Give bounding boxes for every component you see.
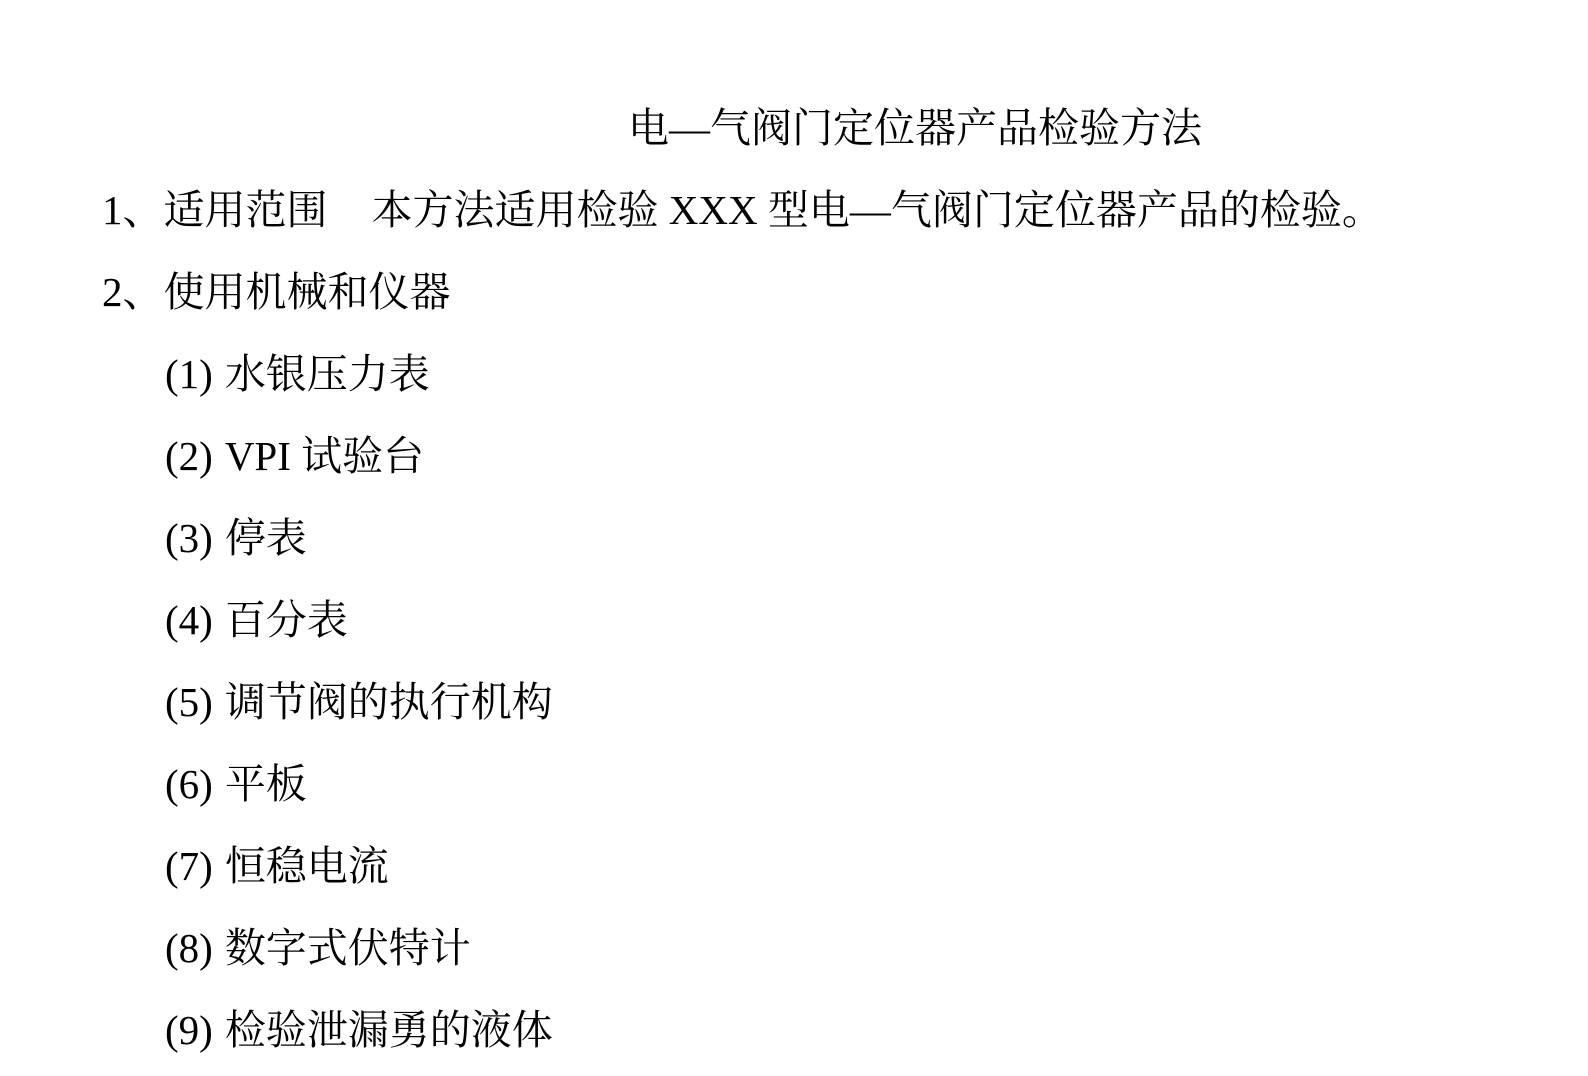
page-title: 电—气阀门定位器产品检验方法 <box>628 87 1588 169</box>
item-index: (2) <box>165 433 213 479</box>
item-index: (4) <box>165 597 213 643</box>
item-index: (8) <box>165 925 213 971</box>
item-index: (9) <box>165 1007 213 1053</box>
item-label: 调节阀的执行机构 <box>225 679 553 725</box>
item-label: 检验泄漏勇的液体 <box>225 1007 553 1053</box>
document-body: 电—气阀门定位器产品检验方法 1、适用范围本方法适用检验 XXX 型电—气阀门定… <box>0 0 1588 1071</box>
section-1-body: 本方法适用检验 XXX 型电—气阀门定位器产品的检验。 <box>372 187 1383 233</box>
item-label: VPI 试验台 <box>225 433 424 479</box>
item-index: (6) <box>165 761 213 807</box>
list-item: (3)停表 <box>165 497 1588 579</box>
item-index: (1) <box>165 351 213 397</box>
page-title-text: 电—气阀门定位器产品检验方法 <box>628 105 1202 151</box>
item-label: 水银压力表 <box>225 351 430 397</box>
list-item: (8)数字式伏特计 <box>165 907 1588 989</box>
section-2-number: 2、 <box>102 269 164 315</box>
section-1-heading: 适用范围 <box>164 187 328 233</box>
list-item: (6)平板 <box>165 743 1588 825</box>
section-2-heading: 使用机械和仪器 <box>164 269 451 315</box>
item-label: 百分表 <box>225 597 348 643</box>
list-item: (1)水银压力表 <box>165 333 1588 415</box>
item-label: 数字式伏特计 <box>225 925 471 971</box>
item-index: (3) <box>165 515 213 561</box>
list-item: (4)百分表 <box>165 579 1588 661</box>
item-label: 恒稳电流 <box>225 843 389 889</box>
list-item: (7)恒稳电流 <box>165 825 1588 907</box>
item-label: 平板 <box>225 761 307 807</box>
item-index: (7) <box>165 843 213 889</box>
document-page: 电—气阀门定位器产品检验方法 1、适用范围本方法适用检验 XXX 型电—气阀门定… <box>0 0 1588 1076</box>
list-item: (2)VPI 试验台 <box>165 415 1588 497</box>
section-2: 2、使用机械和仪器 <box>102 251 1588 333</box>
section-1-number: 1、 <box>102 187 164 233</box>
item-label: 停表 <box>225 515 307 561</box>
list-item: (9)检验泄漏勇的液体 <box>165 989 1588 1071</box>
section-1: 1、适用范围本方法适用检验 XXX 型电—气阀门定位器产品的检验。 <box>102 169 1588 251</box>
list-item: (5)调节阀的执行机构 <box>165 661 1588 743</box>
item-index: (5) <box>165 679 213 725</box>
